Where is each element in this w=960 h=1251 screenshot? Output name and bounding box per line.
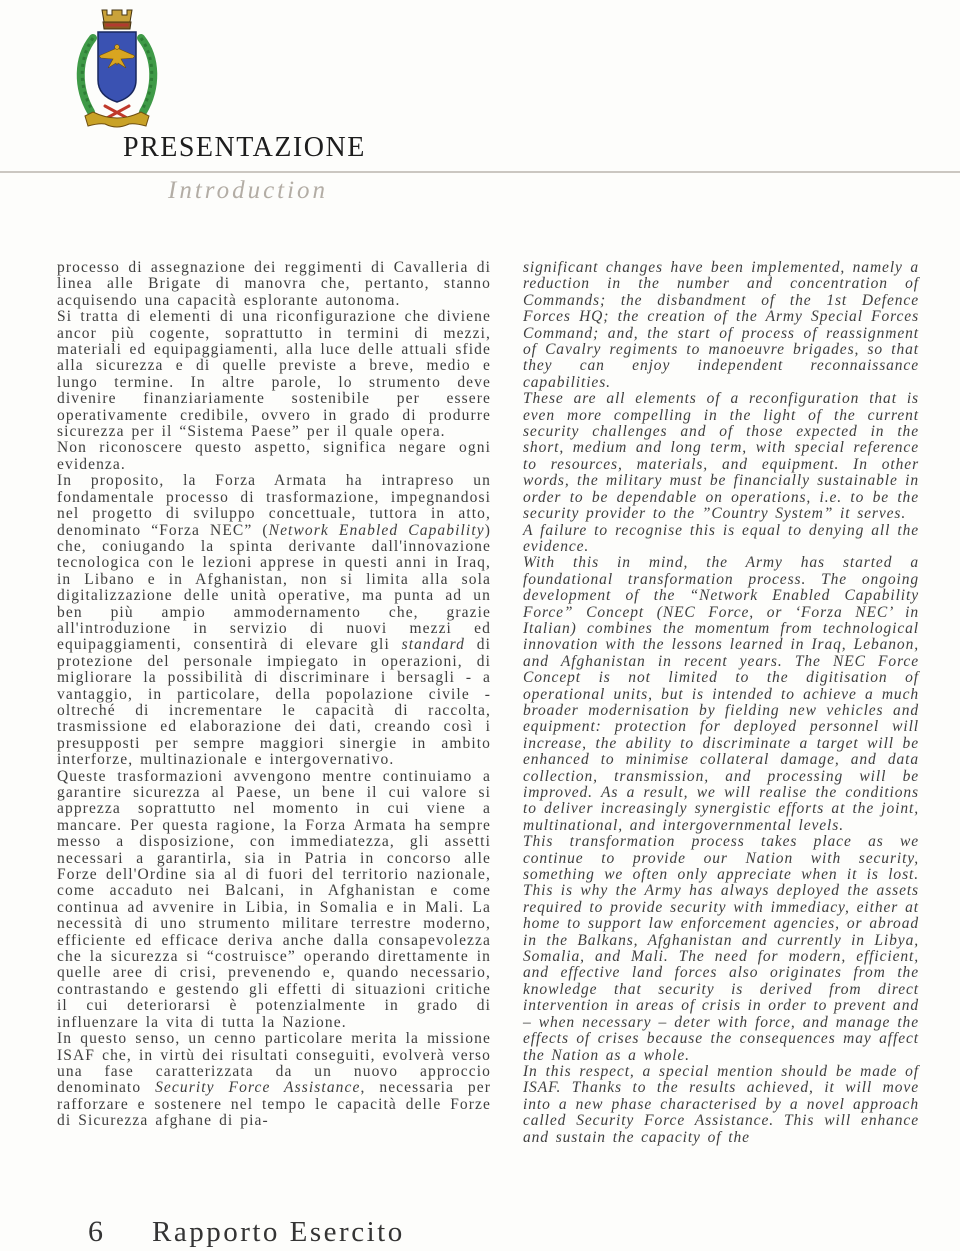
page-subtitle: Introduction xyxy=(168,177,328,205)
paragraph: In questo senso, un cenno particolare me… xyxy=(57,1031,491,1129)
document-page: PRESENTAZIONE Introduction processo di a… xyxy=(0,0,960,1251)
report-title: Rapporto Esercito xyxy=(152,1216,405,1249)
italian-text-column: processo di assegnazione dei reggimenti … xyxy=(57,260,491,1130)
paragraph: Queste trasformazioni avvengono mentre c… xyxy=(57,769,491,1032)
army-crest-icon xyxy=(66,2,168,132)
page-title: PRESENTAZIONE xyxy=(123,132,366,164)
page-number: 6 xyxy=(88,1215,104,1249)
header-divider xyxy=(0,171,960,173)
paragraph: These are all elements of a reconfigurat… xyxy=(523,391,919,522)
paragraph: With this in mind, the Army has started … xyxy=(523,555,919,834)
paragraph: This transformation process takes place … xyxy=(523,834,919,1064)
paragraph: Si tratta di elementi di una riconfigura… xyxy=(57,309,491,440)
paragraph: A failure to recognise this is equal to … xyxy=(523,523,919,556)
paragraph: Non riconoscere questo aspetto, signific… xyxy=(57,440,491,473)
crest-ribbon xyxy=(85,112,149,127)
paragraph: In this respect, a special mention shoul… xyxy=(523,1064,919,1146)
paragraph: processo di assegnazione dei reggimenti … xyxy=(57,260,491,309)
crest-shield xyxy=(98,32,136,102)
crest-crown xyxy=(102,10,132,29)
paragraph: significant changes have been implemente… xyxy=(523,260,919,391)
paragraph: In proposito, la Forza Armata ha intrapr… xyxy=(57,473,491,768)
english-text-column: significant changes have been implemente… xyxy=(523,260,919,1146)
